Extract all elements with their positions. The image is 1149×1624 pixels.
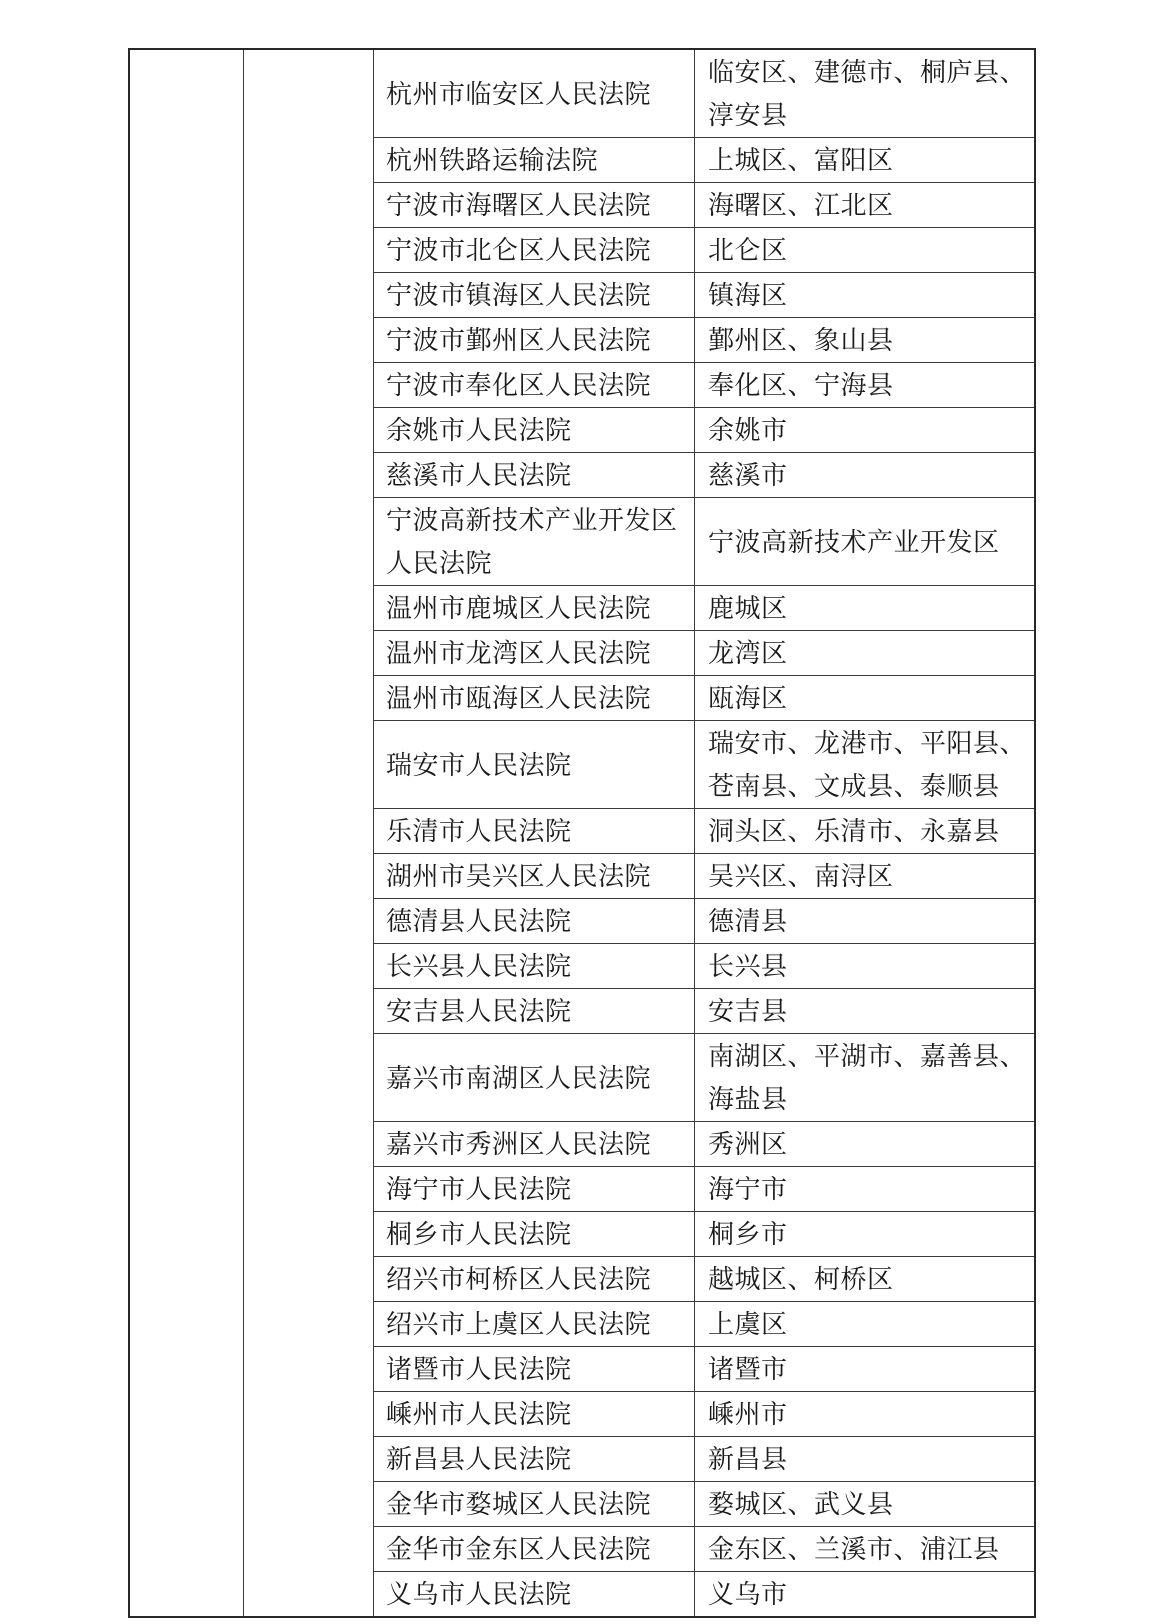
jurisdiction-cell: 上城区、富阳区	[695, 138, 1034, 182]
jurisdiction-text-line: 嵊州市	[708, 1393, 1030, 1436]
jurisdiction-text-line: 余姚市	[708, 409, 1030, 452]
court-cell: 杭州市临安区人民法院	[374, 50, 695, 137]
table-row: 温州市鹿城区人民法院鹿城区	[374, 586, 1034, 631]
court-cell: 绍兴市柯桥区人民法院	[374, 1257, 695, 1301]
merged-cell-left	[130, 50, 244, 1616]
jurisdiction-text-line: 德清县	[708, 900, 1030, 943]
court-cell: 杭州铁路运输法院	[374, 138, 695, 182]
court-cell: 慈溪市人民法院	[374, 453, 695, 497]
table-row: 金华市金东区人民法院金东区、兰溪市、浦江县	[374, 1527, 1034, 1572]
jurisdiction-cell: 龙湾区	[695, 631, 1034, 675]
court-text-line: 宁波市海曙区人民法院	[386, 184, 688, 227]
table-row: 宁波高新技术产业开发区人民法院宁波高新技术产业开发区	[374, 498, 1034, 586]
jurisdiction-cell: 鹿城区	[695, 586, 1034, 630]
table-row: 嵊州市人民法院嵊州市	[374, 1392, 1034, 1437]
court-text-line: 嘉兴市秀洲区人民法院	[386, 1123, 688, 1166]
jurisdiction-cell: 吴兴区、南浔区	[695, 854, 1034, 898]
court-text-line: 长兴县人民法院	[386, 945, 688, 988]
jurisdiction-text-line: 龙湾区	[708, 632, 1030, 675]
court-cell: 宁波市鄞州区人民法院	[374, 318, 695, 362]
jurisdiction-text-line: 上虞区	[708, 1303, 1030, 1346]
table-row: 宁波市鄞州区人民法院鄞州区、象山县	[374, 318, 1034, 363]
court-text-line: 余姚市人民法院	[386, 409, 688, 452]
table-row: 杭州铁路运输法院上城区、富阳区	[374, 138, 1034, 183]
court-text-line: 杭州铁路运输法院	[386, 139, 688, 182]
table-row: 绍兴市上虞区人民法院上虞区	[374, 1302, 1034, 1347]
jurisdiction-text-line: 长兴县	[708, 945, 1030, 988]
jurisdiction-text-line: 奉化区、宁海县	[708, 364, 1030, 407]
jurisdiction-text-line: 苍南县、文成县、泰顺县	[708, 765, 1030, 808]
court-text-line: 慈溪市人民法院	[386, 454, 688, 497]
court-jurisdiction-table: 杭州市临安区人民法院临安区、建德市、桐庐县、淳安县杭州铁路运输法院上城区、富阳区…	[128, 48, 1036, 1618]
court-text-line: 桐乡市人民法院	[386, 1213, 688, 1256]
court-text-line: 杭州市临安区人民法院	[386, 73, 688, 116]
court-cell: 新昌县人民法院	[374, 1437, 695, 1481]
court-cell: 温州市瓯海区人民法院	[374, 676, 695, 720]
table-row: 嘉兴市秀洲区人民法院秀洲区	[374, 1122, 1034, 1167]
jurisdiction-cell: 慈溪市	[695, 453, 1034, 497]
court-cell: 长兴县人民法院	[374, 944, 695, 988]
table-row: 长兴县人民法院长兴县	[374, 944, 1034, 989]
court-text-line: 瑞安市人民法院	[386, 744, 688, 787]
jurisdiction-text-line: 海宁市	[708, 1168, 1030, 1211]
jurisdiction-text-line: 秀洲区	[708, 1123, 1030, 1166]
table-row: 诸暨市人民法院诸暨市	[374, 1347, 1034, 1392]
court-text-line: 乐清市人民法院	[386, 810, 688, 853]
jurisdiction-text-line: 鄞州区、象山县	[708, 319, 1030, 362]
jurisdiction-text-line: 金东区、兰溪市、浦江县	[708, 1528, 1030, 1571]
court-text-line: 新昌县人民法院	[386, 1438, 688, 1481]
table-row: 桐乡市人民法院桐乡市	[374, 1212, 1034, 1257]
court-cell: 宁波市北仑区人民法院	[374, 228, 695, 272]
court-text-line: 安吉县人民法院	[386, 990, 688, 1033]
court-cell: 乐清市人民法院	[374, 809, 695, 853]
court-cell: 余姚市人民法院	[374, 408, 695, 452]
jurisdiction-text-line: 镇海区	[708, 274, 1030, 317]
table-row: 温州市龙湾区人民法院龙湾区	[374, 631, 1034, 676]
court-cell: 金华市金东区人民法院	[374, 1527, 695, 1571]
court-text-line: 人民法院	[386, 542, 688, 585]
court-text-line: 宁波市北仑区人民法院	[386, 229, 688, 272]
court-cell: 金华市婺城区人民法院	[374, 1482, 695, 1526]
court-cell: 湖州市吴兴区人民法院	[374, 854, 695, 898]
court-cell: 桐乡市人民法院	[374, 1212, 695, 1256]
table-row: 宁波市镇海区人民法院镇海区	[374, 273, 1034, 318]
court-cell: 宁波市奉化区人民法院	[374, 363, 695, 407]
court-text-line: 宁波高新技术产业开发区	[386, 499, 688, 542]
jurisdiction-text-line: 淳安县	[708, 94, 1030, 137]
jurisdiction-cell: 长兴县	[695, 944, 1034, 988]
jurisdiction-cell: 婺城区、武义县	[695, 1482, 1034, 1526]
table-row: 嘉兴市南湖区人民法院南湖区、平湖市、嘉善县、海盐县	[374, 1034, 1034, 1122]
jurisdiction-cell: 诸暨市	[695, 1347, 1034, 1391]
table-row: 海宁市人民法院海宁市	[374, 1167, 1034, 1212]
jurisdiction-text-line: 洞头区、乐清市、永嘉县	[708, 810, 1030, 853]
table-row: 安吉县人民法院安吉县	[374, 989, 1034, 1034]
table-row: 瑞安市人民法院瑞安市、龙港市、平阳县、苍南县、文成县、泰顺县	[374, 721, 1034, 809]
jurisdiction-cell: 上虞区	[695, 1302, 1034, 1346]
jurisdiction-cell: 海宁市	[695, 1167, 1034, 1211]
table-row: 德清县人民法院德清县	[374, 899, 1034, 944]
jurisdiction-cell: 临安区、建德市、桐庐县、淳安县	[695, 50, 1034, 137]
jurisdiction-text-line: 桐乡市	[708, 1213, 1030, 1256]
jurisdiction-cell: 奉化区、宁海县	[695, 363, 1034, 407]
table-row: 杭州市临安区人民法院临安区、建德市、桐庐县、淳安县	[374, 50, 1034, 138]
jurisdiction-text-line: 诸暨市	[708, 1348, 1030, 1391]
jurisdiction-text-line: 瑞安市、龙港市、平阳县、	[708, 722, 1030, 765]
table-row: 新昌县人民法院新昌县	[374, 1437, 1034, 1482]
table-row: 慈溪市人民法院慈溪市	[374, 453, 1034, 498]
court-text-line: 温州市鹿城区人民法院	[386, 587, 688, 630]
jurisdiction-cell: 安吉县	[695, 989, 1034, 1033]
court-cell: 安吉县人民法院	[374, 989, 695, 1033]
court-cell: 绍兴市上虞区人民法院	[374, 1302, 695, 1346]
court-cell: 温州市鹿城区人民法院	[374, 586, 695, 630]
jurisdiction-cell: 南湖区、平湖市、嘉善县、海盐县	[695, 1034, 1034, 1121]
jurisdiction-cell: 北仑区	[695, 228, 1034, 272]
court-text-line: 德清县人民法院	[386, 900, 688, 943]
court-text-line: 绍兴市上虞区人民法院	[386, 1303, 688, 1346]
jurisdiction-text-line: 义乌市	[708, 1573, 1030, 1616]
court-cell: 宁波市海曙区人民法院	[374, 183, 695, 227]
jurisdiction-cell: 瓯海区	[695, 676, 1034, 720]
jurisdiction-text-line: 慈溪市	[708, 454, 1030, 497]
jurisdiction-text-line: 瓯海区	[708, 677, 1030, 720]
jurisdiction-text-line: 鹿城区	[708, 587, 1030, 630]
jurisdiction-text-line: 安吉县	[708, 990, 1030, 1033]
document-page: 杭州市临安区人民法院临安区、建德市、桐庐县、淳安县杭州铁路运输法院上城区、富阳区…	[0, 0, 1149, 1624]
court-cell: 瑞安市人民法院	[374, 721, 695, 808]
jurisdiction-text-line: 海盐县	[708, 1078, 1030, 1121]
merged-cell-middle	[244, 50, 374, 1616]
jurisdiction-text-line: 南湖区、平湖市、嘉善县、	[708, 1035, 1030, 1078]
court-cell: 温州市龙湾区人民法院	[374, 631, 695, 675]
court-cell: 德清县人民法院	[374, 899, 695, 943]
court-cell: 嵊州市人民法院	[374, 1392, 695, 1436]
jurisdiction-cell: 镇海区	[695, 273, 1034, 317]
court-text-line: 绍兴市柯桥区人民法院	[386, 1258, 688, 1301]
court-text-line: 海宁市人民法院	[386, 1168, 688, 1211]
jurisdiction-cell: 洞头区、乐清市、永嘉县	[695, 809, 1034, 853]
jurisdiction-text-line: 宁波高新技术产业开发区	[708, 521, 1030, 564]
jurisdiction-cell: 桐乡市	[695, 1212, 1034, 1256]
court-text-line: 宁波市镇海区人民法院	[386, 274, 688, 317]
court-text-line: 金华市婺城区人民法院	[386, 1483, 688, 1526]
table-row: 宁波市奉化区人民法院奉化区、宁海县	[374, 363, 1034, 408]
table-row: 宁波市海曙区人民法院海曙区、江北区	[374, 183, 1034, 228]
jurisdiction-cell: 宁波高新技术产业开发区	[695, 498, 1034, 585]
jurisdiction-text-line: 海曙区、江北区	[708, 184, 1030, 227]
jurisdiction-text-line: 北仑区	[708, 229, 1030, 272]
court-cell: 嘉兴市南湖区人民法院	[374, 1034, 695, 1121]
jurisdiction-cell: 金东区、兰溪市、浦江县	[695, 1527, 1034, 1571]
jurisdiction-cell: 德清县	[695, 899, 1034, 943]
jurisdiction-cell: 余姚市	[695, 408, 1034, 452]
jurisdiction-text-line: 越城区、柯桥区	[708, 1258, 1030, 1301]
court-text-line: 诸暨市人民法院	[386, 1348, 688, 1391]
court-text-line: 嘉兴市南湖区人民法院	[386, 1057, 688, 1100]
court-text-line: 宁波市奉化区人民法院	[386, 364, 688, 407]
court-cell: 诸暨市人民法院	[374, 1347, 695, 1391]
table-row: 金华市婺城区人民法院婺城区、武义县	[374, 1482, 1034, 1527]
court-text-line: 义乌市人民法院	[386, 1573, 688, 1616]
court-cell: 宁波市镇海区人民法院	[374, 273, 695, 317]
jurisdiction-cell: 越城区、柯桥区	[695, 1257, 1034, 1301]
jurisdiction-text-line: 婺城区、武义县	[708, 1483, 1030, 1526]
jurisdiction-text-line: 吴兴区、南浔区	[708, 855, 1030, 898]
court-cell: 宁波高新技术产业开发区人民法院	[374, 498, 695, 585]
table-row: 宁波市北仑区人民法院北仑区	[374, 228, 1034, 273]
table-row: 乐清市人民法院洞头区、乐清市、永嘉县	[374, 809, 1034, 854]
table-row: 余姚市人民法院余姚市	[374, 408, 1034, 453]
court-text-line: 温州市瓯海区人民法院	[386, 677, 688, 720]
table-row: 绍兴市柯桥区人民法院越城区、柯桥区	[374, 1257, 1034, 1302]
court-cell: 嘉兴市秀洲区人民法院	[374, 1122, 695, 1166]
court-text-line: 湖州市吴兴区人民法院	[386, 855, 688, 898]
jurisdiction-text-line: 临安区、建德市、桐庐县、	[708, 51, 1030, 94]
court-cell: 义乌市人民法院	[374, 1572, 695, 1616]
table-row: 温州市瓯海区人民法院瓯海区	[374, 676, 1034, 721]
jurisdiction-cell: 义乌市	[695, 1572, 1034, 1616]
court-text-line: 金华市金东区人民法院	[386, 1528, 688, 1571]
court-cell: 海宁市人民法院	[374, 1167, 695, 1211]
court-text-line: 宁波市鄞州区人民法院	[386, 319, 688, 362]
table-rows-section: 杭州市临安区人民法院临安区、建德市、桐庐县、淳安县杭州铁路运输法院上城区、富阳区…	[374, 50, 1034, 1616]
jurisdiction-cell: 秀洲区	[695, 1122, 1034, 1166]
jurisdiction-cell: 新昌县	[695, 1437, 1034, 1481]
table-row: 湖州市吴兴区人民法院吴兴区、南浔区	[374, 854, 1034, 899]
jurisdiction-cell: 海曙区、江北区	[695, 183, 1034, 227]
jurisdiction-cell: 瑞安市、龙港市、平阳县、苍南县、文成县、泰顺县	[695, 721, 1034, 808]
court-text-line: 嵊州市人民法院	[386, 1393, 688, 1436]
court-text-line: 温州市龙湾区人民法院	[386, 632, 688, 675]
jurisdiction-text-line: 新昌县	[708, 1438, 1030, 1481]
jurisdiction-cell: 鄞州区、象山县	[695, 318, 1034, 362]
jurisdiction-cell: 嵊州市	[695, 1392, 1034, 1436]
table-row: 义乌市人民法院义乌市	[374, 1572, 1034, 1616]
jurisdiction-text-line: 上城区、富阳区	[708, 139, 1030, 182]
